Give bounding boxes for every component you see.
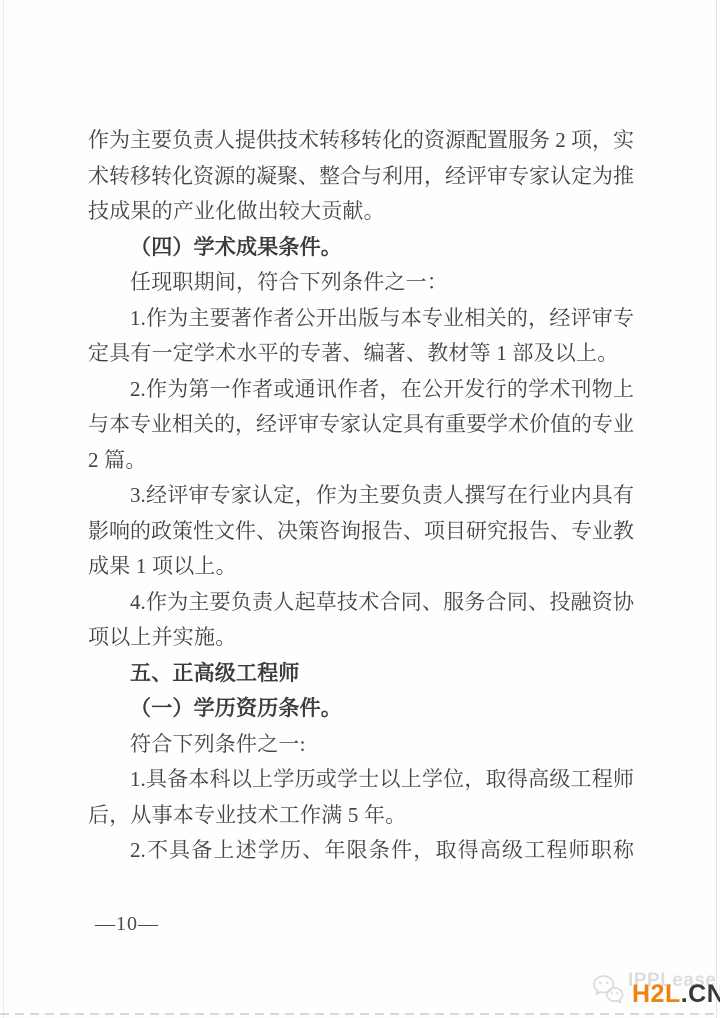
right-scan-edge: [716, 0, 717, 1018]
wechat-icon: [590, 972, 626, 1013]
heading-line: 五、正高级工程师: [88, 656, 634, 692]
text-line: 技成果的产业化做出较大贡献。: [88, 194, 634, 230]
watermark-brand: H2L: [632, 980, 681, 1008]
text-line: 成果 1 项以上。: [88, 549, 634, 585]
text-line: 4.作为主要负责人起草技术合同、服务合同、投融资协议等 2: [88, 585, 634, 621]
document-body: 作为主要负责人提供技术转移转化的资源配置服务 2 项，实现技术转移转化资源的凝聚…: [88, 123, 634, 869]
text-line: 2 篇。: [88, 443, 634, 479]
text-line: 影响的政策性文件、决策咨询报告、项目研究报告、专业教材等: [88, 514, 634, 550]
text-line: 后，从事本专业技术工作满 5 年。: [88, 798, 634, 834]
text-line: 2.不具备上述学历、年限条件，取得高级工程师职称后，符: [88, 833, 634, 869]
text-line: 3.经评审专家认定，作为主要负责人撰写在行业内具有较大: [88, 478, 634, 514]
watermark: IPPLease H2L.CN: [590, 969, 716, 1011]
scanned-page: 作为主要负责人提供技术转移转化的资源配置服务 2 项，实现技术转移转化资源的凝聚…: [0, 0, 720, 1018]
text-line: 1.具备本科以上学历或学士以上学位，取得高级工程师职称: [88, 762, 634, 798]
watermark-tld: .CN: [681, 980, 720, 1008]
text-line: 作为主要负责人提供技术转移转化的资源配置服务 2 项，实现技: [88, 123, 634, 159]
heading-line: （四）学术成果条件。: [88, 230, 634, 266]
text-line: 项以上并实施。: [88, 620, 634, 656]
watermark-brand-row: H2L.CN: [632, 980, 720, 1009]
text-line: 定具有一定学术水平的专著、编著、教材等 1 部及以上。: [88, 336, 634, 372]
bottom-dashed-line: [0, 1013, 720, 1015]
text-line: 1.作为主要著作者公开出版与本专业相关的，经评审专家认: [88, 301, 634, 337]
page-number: —10—: [95, 913, 159, 936]
text-line: 任现职期间，符合下列条件之一：: [88, 265, 634, 301]
heading-line: （一）学历资历条件。: [88, 691, 634, 727]
left-scan-edge: [3, 0, 4, 1018]
text-line: 与本专业相关的，经评审专家认定具有重要学术价值的专业论文: [88, 407, 634, 443]
text-line: 符合下列条件之一:: [88, 727, 634, 763]
text-line: 术转移转化资源的凝聚、整合与利用，经评审专家认定为推动科: [88, 159, 634, 195]
text-line: 2.作为第一作者或通讯作者，在公开发行的学术刊物上发表: [88, 372, 634, 408]
